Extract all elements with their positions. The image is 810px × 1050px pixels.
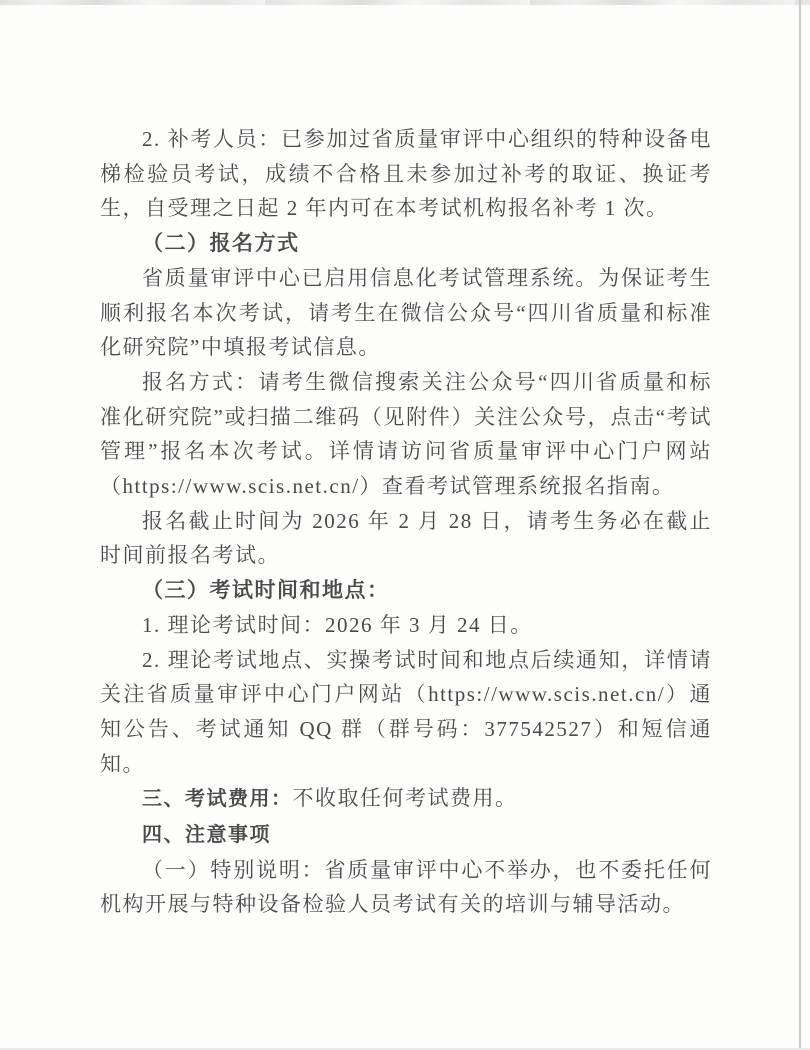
paragraph-registration-steps: 报名方式：请考生微信搜索关注公众号“四川省质量和标准化研究院”或扫描二维码（见附… xyxy=(100,365,712,504)
text-run-exam-fee-label: 三、考试费用： xyxy=(142,788,293,810)
scan-artifact-right-edge xyxy=(799,0,801,1050)
scanned-document-page: 2. 补考人员：已参加过省质量审评中心组织的特种设备电梯检验员考试，成绩不合格且… xyxy=(0,0,810,1050)
text-run-heading-registration-method: （二）报名方式 xyxy=(142,231,300,255)
paragraph-exam-fee: 三、考试费用：不收取任何考试费用。 xyxy=(100,781,712,817)
paragraph-exam-place-notice: 2. 理论考试地点、实操考试时间和地点后续通知，详情请关注省质量审评中心门户网站… xyxy=(100,643,712,782)
text-run-online-system: 省质量审评中心已启用信息化考试管理系统。为保证考生顺利报名本次考试，请考生在微信… xyxy=(100,266,712,359)
paragraph-registration-deadline: 报名截止时间为 2026 年 2 月 28 日，请考生务必在截止时间前报名考试。 xyxy=(100,504,712,573)
scan-artifact-top-edge xyxy=(0,0,810,5)
text-run-theory-exam-time: 1. 理论考试时间：2026 年 3 月 24 日。 xyxy=(142,613,533,637)
paragraph-special-note: （一）特别说明：省质量审评中心不举办，也不委托任何机构开展与特种设备检验人员考试… xyxy=(100,853,712,922)
text-run-exam-fee-text: 不收取任何考试费用。 xyxy=(293,786,518,810)
text-run-special-note: （一）特别说明：省质量审评中心不举办，也不委托任何机构开展与特种设备检验人员考试… xyxy=(100,858,712,917)
heading-exam-time-place: （三）考试时间和地点： xyxy=(100,573,712,608)
text-run-heading-notes: 四、注意事项 xyxy=(142,824,271,846)
text-run-exam-place-notice: 2. 理论考试地点、实操考试时间和地点后续通知，详情请关注省质量审评中心门户网站… xyxy=(100,648,712,776)
text-run-registration-steps: 报名方式：请考生微信搜索关注公众号“四川省质量和标准化研究院”或扫描二维码（见附… xyxy=(100,370,712,498)
paragraph-theory-exam-time: 1. 理论考试时间：2026 年 3 月 24 日。 xyxy=(100,608,712,643)
paragraph-online-system: 省质量审评中心已启用信息化考试管理系统。为保证考生顺利报名本次考试，请考生在微信… xyxy=(100,261,712,365)
text-run-registration-deadline: 报名截止时间为 2026 年 2 月 28 日，请考生务必在截止时间前报名考试。 xyxy=(100,509,712,568)
heading-registration-method: （二）报名方式 xyxy=(100,226,712,261)
document-body: 2. 补考人员：已参加过省质量审评中心组织的特种设备电梯检验员考试，成绩不合格且… xyxy=(100,122,712,922)
text-run-resit-policy: 2. 补考人员：已参加过省质量审评中心组织的特种设备电梯检验员考试，成绩不合格且… xyxy=(100,127,712,220)
heading-notes: 四、注意事项 xyxy=(100,817,712,853)
paragraph-resit-policy: 2. 补考人员：已参加过省质量审评中心组织的特种设备电梯检验员考试，成绩不合格且… xyxy=(100,122,712,226)
text-run-heading-exam-time-place: （三）考试时间和地点： xyxy=(142,578,390,602)
